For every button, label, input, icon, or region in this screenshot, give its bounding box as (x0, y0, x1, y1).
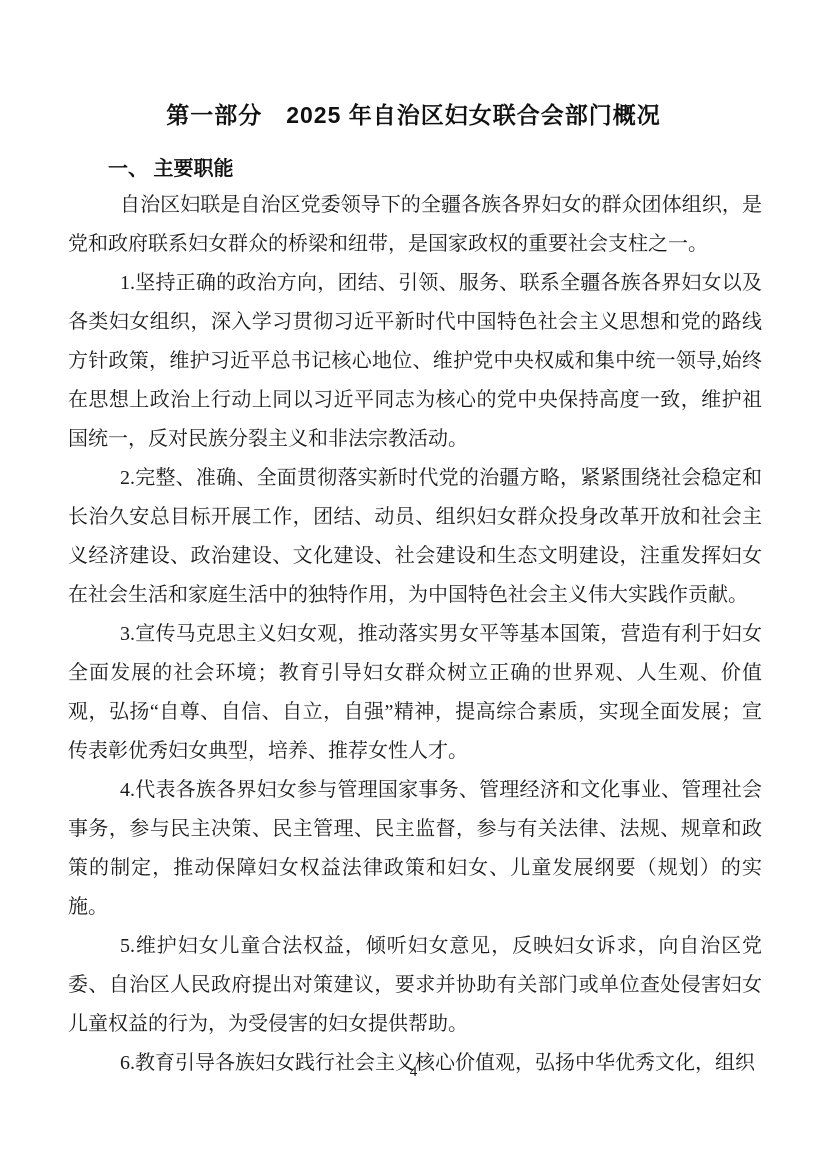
page-footer: 4 (0, 1063, 827, 1081)
paragraph-item-2: 2.完整、准确、全面贯彻落实新时代党的治疆方略，紧紧围绕社会稳定和长治久安总目标… (68, 459, 762, 615)
paragraph-item-3: 3.宣传马克思主义妇女观，推动落实男女平等基本国策，营造有利于妇女全面发展的社会… (68, 615, 762, 771)
document-title: 第一部分 2025 年自治区妇女联合会部门概况 (0, 97, 827, 130)
document-body: 自治区妇联是自治区党委领导下的全疆各族各界妇女的群众团体组织，是党和政府联系妇女… (68, 186, 762, 1083)
section-heading-main-functions: 一、 主要职能 (68, 152, 762, 181)
paragraph-item-5: 5.维护妇女儿童合法权益，倾听妇女意见，反映妇女诉求，向自治区党委、自治区人民政… (68, 927, 762, 1044)
paragraph-item-4: 4.代表各族各界妇女参与管理国家事务、管理经济和文化事业、管理社会事务，参与民主… (68, 771, 762, 927)
page-number: 4 (410, 1064, 418, 1080)
document-page: 第一部分 2025 年自治区妇女联合会部门概况 一、 主要职能 自治区妇联是自治… (0, 0, 827, 1170)
paragraph-intro: 自治区妇联是自治区党委领导下的全疆各族各界妇女的群众团体组织，是党和政府联系妇女… (68, 186, 762, 264)
paragraph-item-1: 1.坚持正确的政治方向，团结、引领、服务、联系全疆各族各界妇女以及各类妇女组织，… (68, 264, 762, 459)
